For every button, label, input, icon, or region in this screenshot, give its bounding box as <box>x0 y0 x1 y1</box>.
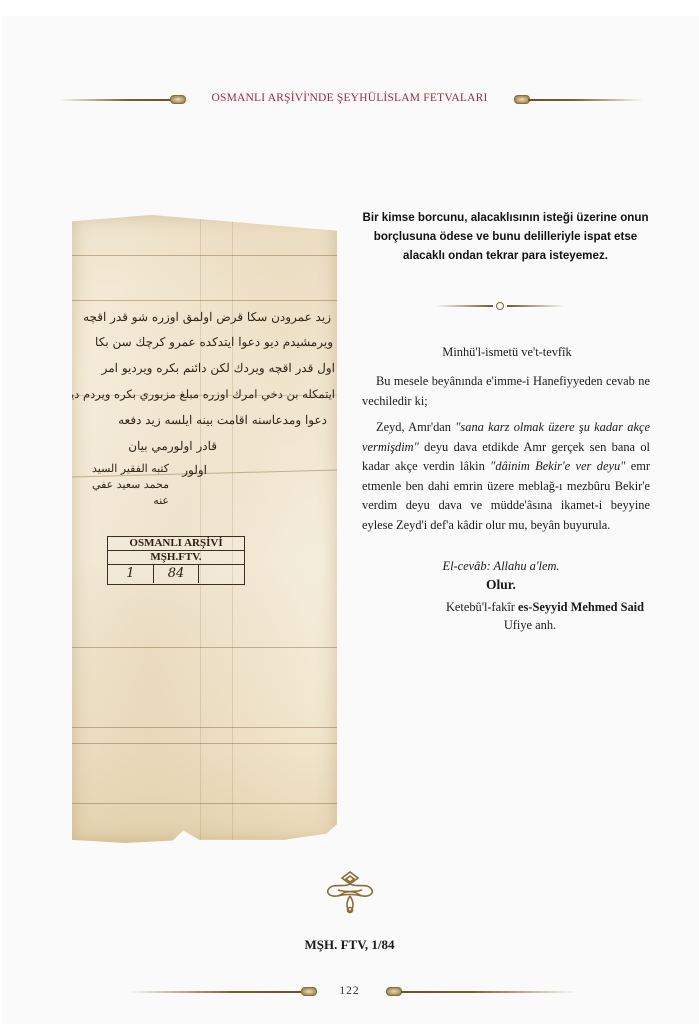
question-text: Zeyd, Amr'dan "sana karz olmak üzere şu … <box>362 418 650 535</box>
fold-line <box>72 803 337 804</box>
archive-caption: MŞH. FTV, 1/84 <box>0 937 699 953</box>
stamp-cells: 1 84 <box>108 565 244 583</box>
fold-line <box>72 255 337 256</box>
section-divider-icon <box>435 303 565 309</box>
signature-suffix: Ufiye anh. <box>420 618 640 633</box>
signature-prefix: Ketebû'l-fakîr <box>446 600 518 614</box>
fold-line <box>72 300 337 301</box>
signature-name: es-Seyyid Mehmed Said <box>518 600 644 614</box>
stamp-cell-empty <box>199 565 244 583</box>
question-part-1: Zeyd, Amr'dan <box>376 420 455 434</box>
divider-ring <box>496 302 504 310</box>
page-number: 122 <box>0 985 699 997</box>
divider-bar-right <box>507 305 565 307</box>
script-line: دعوا ومدعاسنه اقامت بينه ايلسه زيد دفعه <box>118 413 327 427</box>
fold-line <box>72 727 337 728</box>
question-intro: Bu mesele beyânında e'imme-i Hanefiyyede… <box>362 372 650 411</box>
question-quote-2: "dâinim Bekir'e ver deyu" <box>490 459 625 473</box>
archive-stamp: OSMANLI ARŞİVİ MŞH.FTV. 1 84 <box>107 536 245 585</box>
stamp-cell-number: 84 <box>154 565 200 583</box>
running-head: OSMANLI ARŞİVİ'NDE ŞEYHÜLİSLAM FETVALARI <box>0 92 699 108</box>
divider-bar-left <box>435 305 493 307</box>
signature-script: كتبه الفقير السيد محمد سعيد عفي عنه <box>74 461 169 509</box>
footer-finial-right-icon <box>386 987 402 996</box>
script-line: زيد عمرودن سكا قرض اولمق اوزره شو قدر اق… <box>83 310 331 324</box>
stamp-cell-folder: 1 <box>108 565 154 583</box>
script-line: ويرمشيدم ديو دعوا ايتدكده عمرو كرچك سن ب… <box>95 335 333 349</box>
answer: Olur. <box>356 577 646 593</box>
invocation: Minhü'l-ismetü ve't-tevfîk <box>362 343 652 363</box>
footer-ornament-right <box>401 991 577 993</box>
script-line: اول قدر اقچه ويردك لكن دائنم بكره ويرديو… <box>102 361 335 375</box>
header-ornament-right <box>528 99 643 101</box>
signature-line: Ketebû'l-fakîr es-Seyyid Mehmed Said <box>362 600 644 615</box>
stamp-line-2: MŞH.FTV. <box>108 551 244 565</box>
script-line: اولور <box>182 463 207 477</box>
manuscript-image: زيد عمرودن سكا قرض اولمق اوزره شو قدر اق… <box>72 215 337 843</box>
script-line: ايتمكله بن دخي امرك اوزره مبلغ مزبوري بك… <box>65 387 335 401</box>
answer-intro: El-cevâb: Allahu a'lem. <box>356 559 646 574</box>
fold-line <box>72 647 337 648</box>
knot-ornament-icon <box>324 870 376 916</box>
stamp-line-1: OSMANLI ARŞİVİ <box>108 537 244 551</box>
fatwa-summary: Bir kimse borcunu, alacaklısının isteği … <box>358 208 653 265</box>
script-line: قادر اولورمي بيان <box>128 439 217 453</box>
fold-line <box>72 743 337 744</box>
running-title: OSMANLI ARŞİVİ'NDE ŞEYHÜLİSLAM FETVALARI <box>0 92 699 104</box>
